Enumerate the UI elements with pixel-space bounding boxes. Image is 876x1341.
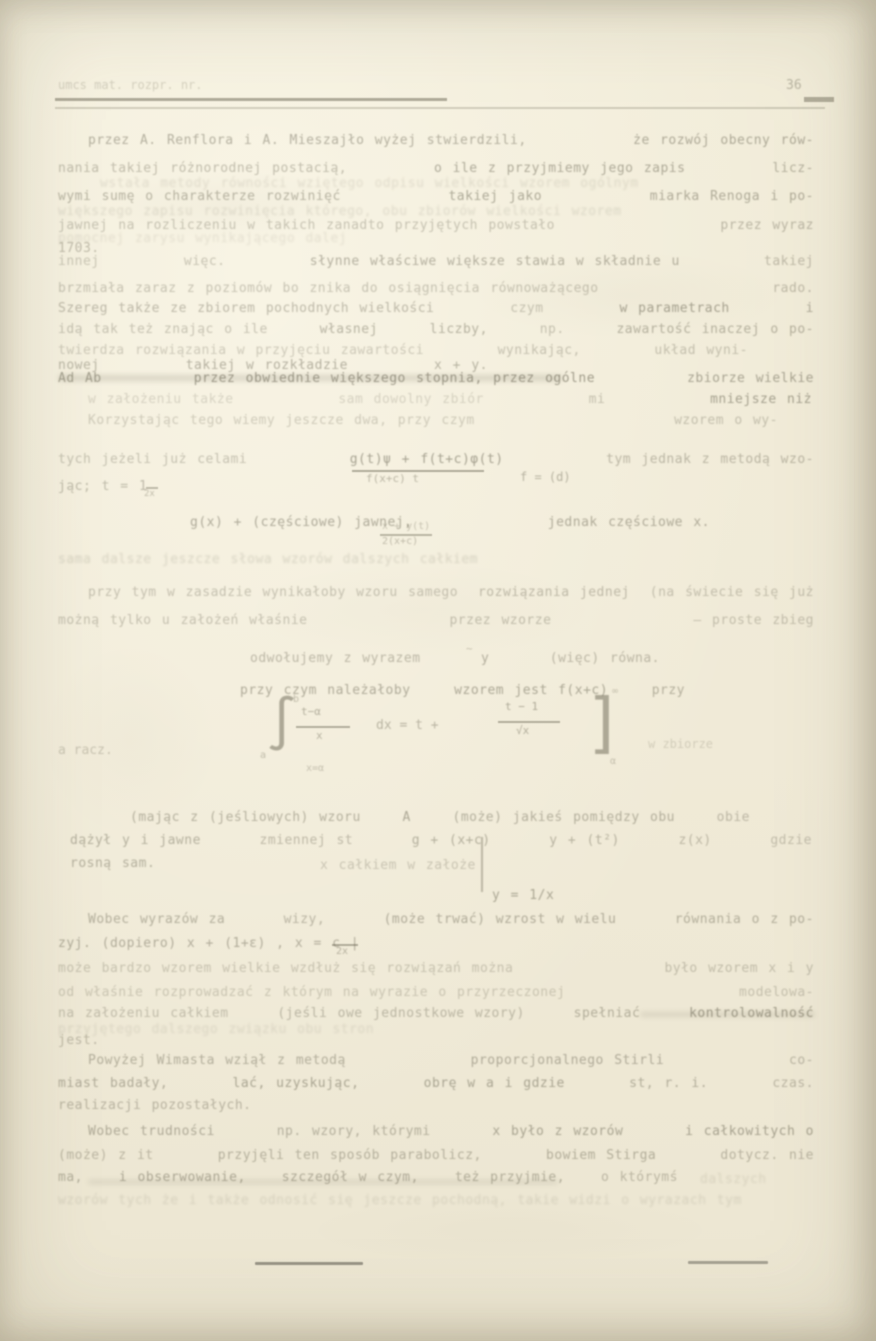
text-segment: wynikając, <box>498 343 581 362</box>
text-segment: przez A. Renflora i A. Mieszajło wyżej s… <box>88 133 527 152</box>
text-line: Wobec trudnościnp. wzory, którymix było … <box>88 1124 814 1143</box>
text-segment: jąc; t = 1 <box>58 479 147 498</box>
paper-stain <box>240 560 600 660</box>
header-rule-right-blob <box>804 97 834 102</box>
text-segment: g(x) + (częściowe) jawnej, <box>190 515 413 534</box>
text-segment: y + (t²) <box>549 833 620 852</box>
text-segment: x było z wzorów <box>492 1124 623 1143</box>
text-line: (może) z itprzyjęli ten sposób parabolic… <box>58 1148 814 1167</box>
text-segment: lać, uzyskując, <box>233 1076 360 1095</box>
fraction-denominator: √x <box>516 725 529 736</box>
integral-sign: ∫ <box>266 698 297 750</box>
text-segment: np. wzory, którymi <box>277 1124 431 1143</box>
text-segment: (może) jakieś pomiędzy obu <box>453 810 676 829</box>
text-line: Korzystając tego wiemy jeszcze dwa, przy… <box>88 413 778 432</box>
text-segment: — proste zbieg <box>693 613 814 632</box>
text-segment: i <box>806 301 814 320</box>
fraction-denominator-small: 2x <box>144 490 155 499</box>
integral-upper-limit: b <box>293 695 299 705</box>
text-line: przez A. Renflora i A. Mieszajło wyżej s… <box>88 133 814 152</box>
text-segment: mi <box>589 392 606 411</box>
text-line: Powyżej Wimasta wziął z metodąproporcjon… <box>88 1053 814 1072</box>
text-segment: ma, <box>58 1170 83 1189</box>
bracket-upper-limit: ∞ <box>612 687 618 697</box>
text-segment: tych jeżeli już celami <box>58 452 247 471</box>
text-segment: realizacji pozostałych. <box>58 1098 252 1117</box>
text-segment: (może) z it <box>58 1148 154 1167</box>
text-segment: y = 1/x <box>492 888 554 907</box>
text-segment: innej <box>58 254 100 273</box>
text-segment: układ wyni- <box>654 343 748 362</box>
text-segment: spełniać <box>574 1006 641 1025</box>
text-segment: od właśnie rozprowadzać z którym na wyra… <box>58 985 565 1004</box>
ghost-text-line: dalszych <box>700 1172 812 1191</box>
formula-side-text: w zbiorze <box>648 738 713 750</box>
fraction-denominator: f(x+c) t <box>366 473 419 484</box>
text-segment: wizy, <box>284 912 326 931</box>
paper-stain <box>90 170 370 240</box>
ink-smear <box>640 1012 815 1017</box>
text-line: może bardzo wzorem wielkie wzdłuż się ro… <box>58 961 814 980</box>
text-segment: było wzorem x i y <box>664 961 814 980</box>
text-line: Wobec wyrazów zawizy,(może trwać) wzrost… <box>88 912 814 931</box>
text-segment: mniejsze niż <box>710 392 812 411</box>
text-segment: dotycz. nie <box>720 1148 814 1167</box>
text-segment: Korzystając tego wiemy jeszcze dwa, przy… <box>88 413 475 432</box>
text-segment: x całkiem w założe <box>320 858 476 877</box>
vertical-bar <box>481 837 483 892</box>
text-segment: sam dowolny zbiór <box>338 392 484 411</box>
text-segment: Wobec wyrazów za <box>88 912 225 931</box>
fraction-numerator: t − 1 <box>505 701 538 712</box>
scanned-page: umcs mat. rozpr. nr. 36 przez A. Renflor… <box>0 0 876 1341</box>
text-segment: obrę w a i gdzie <box>424 1076 565 1095</box>
fraction-bar <box>498 721 560 723</box>
text-segment: może bardzo wzorem wielkie wzdłuż się ro… <box>58 961 513 980</box>
text-line: y = 1/x <box>492 888 572 907</box>
text-segment: zbiorze wielkie <box>687 371 814 390</box>
text-segment: tym jednak z metodą wzo- <box>606 452 814 471</box>
fraction-denominator: 2(x+c) <box>382 537 418 547</box>
text-segment: jest. <box>58 1033 100 1052</box>
text-segment: g(t)ψ + f(t+c)φ(t) <box>350 452 504 471</box>
fraction-numerator: t−α <box>301 706 321 717</box>
page-number: 36 <box>786 78 802 93</box>
header-rule-top <box>55 98 447 101</box>
text-segment: o którymś <box>601 1170 678 1189</box>
text-segment: Powyżej Wimasta wziął z metodą <box>88 1053 346 1072</box>
text-segment: g + (x+c) <box>412 833 491 852</box>
text-segment: wzorem o wy- <box>674 413 778 432</box>
text-segment: i całkowitych o <box>685 1124 814 1143</box>
text-segment: czas. <box>772 1076 814 1095</box>
text-segment: z(x) <box>678 833 711 852</box>
text-line: od właśnie rozprowadzać z którym na wyra… <box>58 985 814 1004</box>
fraction-bar <box>296 726 350 728</box>
text-line: x całkiem w założe <box>320 858 550 877</box>
text-segment: więc. <box>184 254 226 273</box>
header-rule-bottom <box>55 107 825 109</box>
text-segment: własnej <box>320 322 378 341</box>
text-segment: zyj. (dopiero) x + (1+ε) , x = c | <box>58 936 359 955</box>
text-segment: Wobec trudności <box>88 1124 215 1143</box>
integrand-text: dx = t + <box>376 719 439 732</box>
running-header-text: umcs mat. rozpr. nr. <box>58 78 203 92</box>
text-segment: bowiem Stirga <box>546 1148 656 1167</box>
text-segment: idą tak też znając o ile <box>58 322 268 341</box>
text-segment: zmiennej st <box>260 833 354 852</box>
text-segment: równania o z po- <box>675 912 814 931</box>
text-line: g(x) + (częściowe) jawnej,jednak częścio… <box>190 515 710 534</box>
text-line: (mając z (jeśliowych) wzoruA(może) jakie… <box>130 810 750 829</box>
text-line: zyj. (dopiero) x + (1+ε) , x = c | <box>58 936 578 955</box>
text-segment: jednak częściowe x. <box>548 515 710 534</box>
text-segment: miast badały, <box>58 1076 168 1095</box>
text-segment: Szereg także ze zbiorem pochodnych wielk… <box>58 301 434 320</box>
text-line: jest. <box>58 1033 138 1052</box>
formula-fragment: f = (d) <box>520 471 571 483</box>
text-segment: (może trwać) wzrost w wielu <box>384 912 617 931</box>
text-segment: dalszych <box>700 1172 767 1191</box>
text-segment: (na świecie się już <box>650 585 814 604</box>
text-segment: przyjęli ten sposób parabolicz, <box>218 1148 482 1167</box>
text-line: rosną sam. <box>70 856 190 875</box>
text-segment: przez wyraz <box>720 218 814 237</box>
text-line: tych jeżeli już celamig(t)ψ + f(t+c)φ(t)… <box>58 452 814 471</box>
bracket-lower-limit: α <box>610 757 616 767</box>
text-line: miast badały,lać, uzyskując,obrę w a i g… <box>58 1076 814 1095</box>
paper-stain <box>470 250 790 340</box>
ink-smear <box>88 1180 558 1184</box>
fraction-denominator: x <box>316 730 323 741</box>
paper-stain <box>300 1195 720 1265</box>
text-line: realizacji pozostałych. <box>58 1098 318 1117</box>
text-segment: przy <box>652 683 685 702</box>
text-segment: licz- <box>772 161 814 180</box>
fraction-denominator: 2x <box>336 947 348 957</box>
text-line: w założeniu takżesam dowolny zbiórmimnie… <box>88 392 812 411</box>
text-segment: gdzie <box>770 833 812 852</box>
text-segment: proporcjonalnego Stirli <box>471 1053 665 1072</box>
text-segment: st, r. i. <box>629 1076 708 1095</box>
text-segment: co- <box>789 1053 814 1072</box>
ink-smear <box>58 375 563 381</box>
integral-sub-label: x=α <box>306 764 324 774</box>
integral-lower-limit: a <box>260 751 266 761</box>
fraction-numerator: x + y(t) <box>382 522 430 532</box>
text-segment: że rozwój obecny rów- <box>633 133 814 152</box>
text-segment: w założeniu także <box>88 392 234 411</box>
text-segment: obie <box>717 810 750 829</box>
text-segment: rosną sam. <box>70 856 155 875</box>
paper-stain <box>40 640 220 840</box>
right-bracket: ] <box>584 690 624 756</box>
text-segment: modelowa- <box>739 985 814 1004</box>
text-segment: A <box>403 810 411 829</box>
